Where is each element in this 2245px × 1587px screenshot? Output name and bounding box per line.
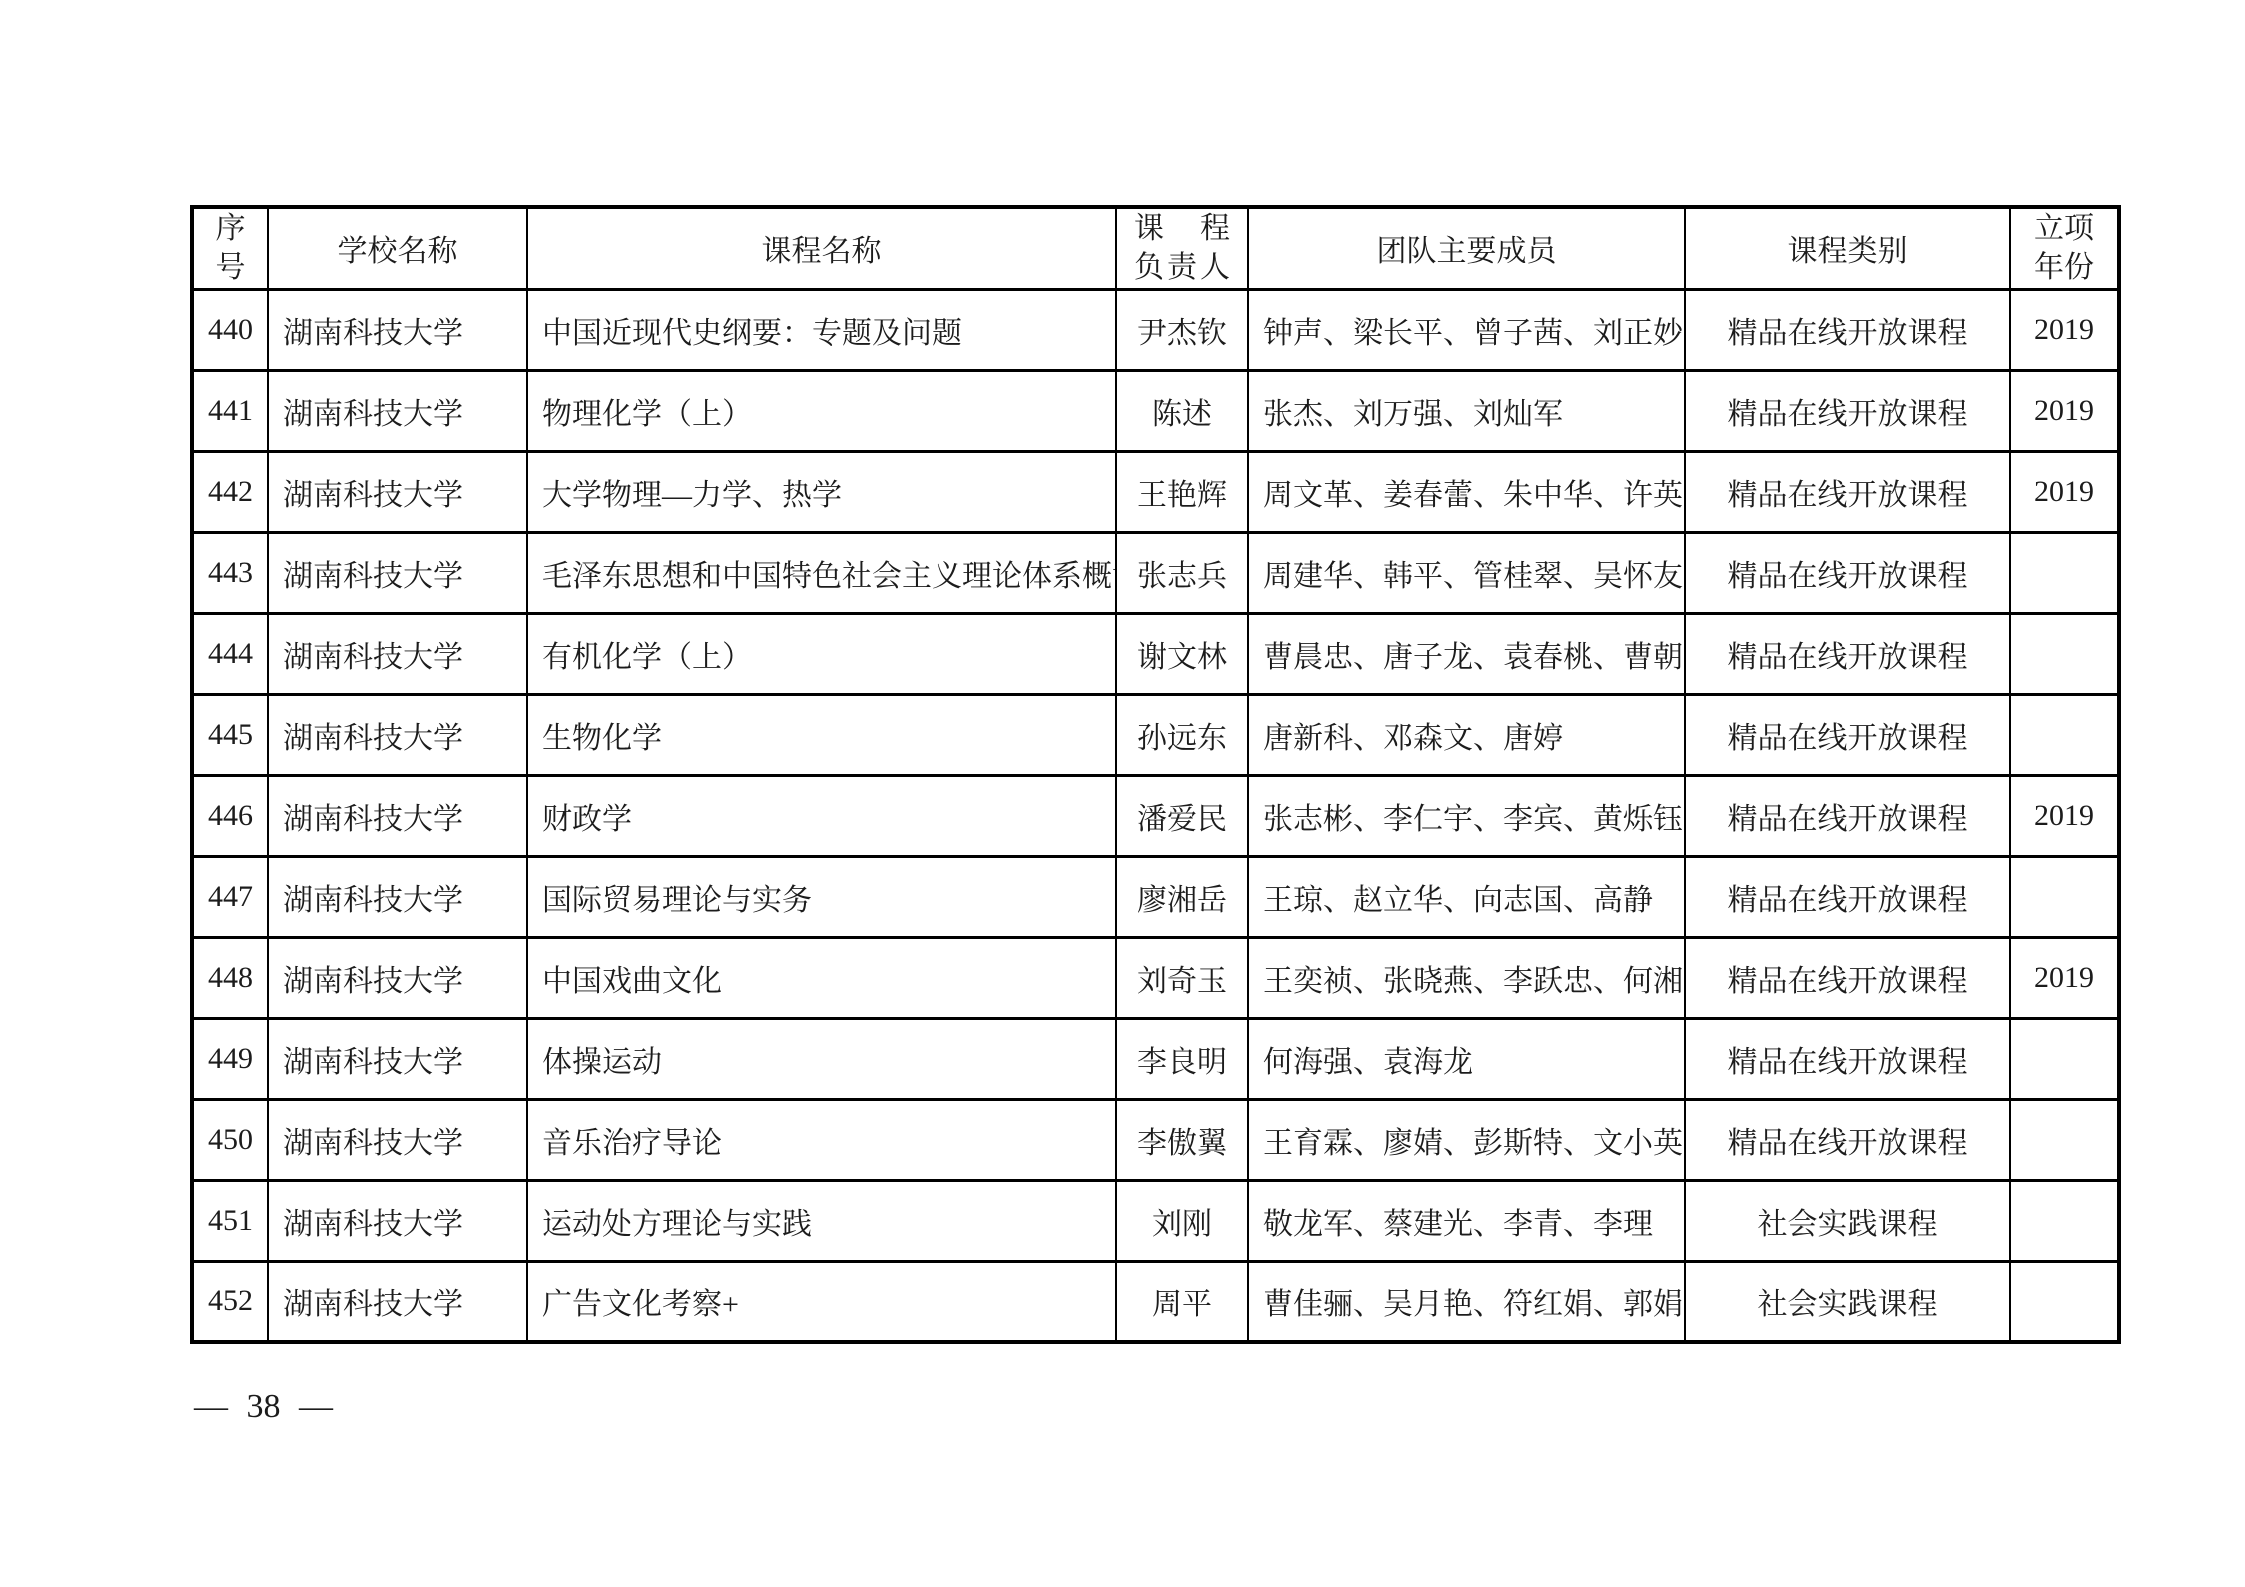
cell-leader: 王艳辉 <box>1116 451 1248 532</box>
table-row: 444湖南科技大学有机化学（上）谢文林曹晨忠、唐子龙、袁春桃、曹朝暾精品在线开放… <box>192 613 2119 694</box>
table-header: 序号学校名称课程名称课程负责人团队主要成员课程类别立项年份 <box>192 207 2119 289</box>
cell-category: 精品在线开放课程 <box>1685 1099 2010 1180</box>
cell-school: 湖南科技大学 <box>268 937 527 1018</box>
table-row: 450湖南科技大学音乐治疗导论李傲翼王育霖、廖婧、彭斯特、文小英精品在线开放课程 <box>192 1099 2119 1180</box>
cell-no: 444 <box>192 613 268 694</box>
cell-year: 2019 <box>2010 775 2119 856</box>
cell-leader: 孙远东 <box>1116 694 1248 775</box>
cell-category: 精品在线开放课程 <box>1685 937 2010 1018</box>
cell-no: 447 <box>192 856 268 937</box>
cell-year: 2019 <box>2010 289 2119 370</box>
cell-category: 精品在线开放课程 <box>1685 289 2010 370</box>
cell-leader: 周平 <box>1116 1261 1248 1342</box>
cell-school: 湖南科技大学 <box>268 1261 527 1342</box>
cell-year <box>2010 694 2119 775</box>
cell-category: 社会实践课程 <box>1685 1180 2010 1261</box>
cell-course: 中国戏曲文化 <box>527 937 1116 1018</box>
cell-team: 敬龙军、蔡建光、李青、李理 <box>1248 1180 1685 1261</box>
table-row: 441湖南科技大学物理化学（上）陈述张杰、刘万强、刘灿军精品在线开放课程2019 <box>192 370 2119 451</box>
cell-course: 运动处方理论与实践 <box>527 1180 1116 1261</box>
cell-school: 湖南科技大学 <box>268 1099 527 1180</box>
cell-no: 449 <box>192 1018 268 1099</box>
cell-leader: 谢文林 <box>1116 613 1248 694</box>
cell-school: 湖南科技大学 <box>268 289 527 370</box>
cell-leader: 刘刚 <box>1116 1180 1248 1261</box>
cell-team: 周建华、韩平、管桂翠、吴怀友 <box>1248 532 1685 613</box>
cell-no: 443 <box>192 532 268 613</box>
page-number: — 38 — <box>194 1388 333 1426</box>
cell-no: 450 <box>192 1099 268 1180</box>
table-row: 451湖南科技大学运动处方理论与实践刘刚敬龙军、蔡建光、李青、李理社会实践课程 <box>192 1180 2119 1261</box>
table-row: 452湖南科技大学广告文化考察+周平曹佳骊、吴月艳、符红娟、郭娟社会实践课程 <box>192 1261 2119 1342</box>
table-row: 442湖南科技大学大学物理—力学、热学王艳辉周文革、姜春蕾、朱中华、许英精品在线… <box>192 451 2119 532</box>
cell-course: 生物化学 <box>527 694 1116 775</box>
table-row: 448湖南科技大学中国戏曲文化刘奇玉王奕祯、张晓燕、李跃忠、何湘精品在线开放课程… <box>192 937 2119 1018</box>
table-row: 443湖南科技大学毛泽东思想和中国特色社会主义理论体系概论张志兵周建华、韩平、管… <box>192 532 2119 613</box>
header-cell-course: 课程名称 <box>527 207 1116 289</box>
cell-year: 2019 <box>2010 937 2119 1018</box>
table-row: 449湖南科技大学体操运动李良明何海强、袁海龙精品在线开放课程 <box>192 1018 2119 1099</box>
cell-course: 毛泽东思想和中国特色社会主义理论体系概论 <box>527 532 1116 613</box>
cell-team: 曹晨忠、唐子龙、袁春桃、曹朝暾 <box>1248 613 1685 694</box>
cell-category: 精品在线开放课程 <box>1685 370 2010 451</box>
cell-school: 湖南科技大学 <box>268 775 527 856</box>
cell-year <box>2010 1261 2119 1342</box>
cell-year <box>2010 613 2119 694</box>
cell-no: 441 <box>192 370 268 451</box>
cell-category: 精品在线开放课程 <box>1685 775 2010 856</box>
cell-leader: 刘奇玉 <box>1116 937 1248 1018</box>
cell-team: 张杰、刘万强、刘灿军 <box>1248 370 1685 451</box>
cell-team: 张志彬、李仁宇、李宾、黄烁钰 <box>1248 775 1685 856</box>
cell-year <box>2010 1180 2119 1261</box>
cell-team: 王琼、赵立华、向志国、高静 <box>1248 856 1685 937</box>
cell-year <box>2010 1018 2119 1099</box>
course-table: 序号学校名称课程名称课程负责人团队主要成员课程类别立项年份 440湖南科技大学中… <box>190 205 2121 1344</box>
cell-no: 446 <box>192 775 268 856</box>
cell-no: 442 <box>192 451 268 532</box>
cell-course: 财政学 <box>527 775 1116 856</box>
table-row: 447湖南科技大学国际贸易理论与实务廖湘岳王琼、赵立华、向志国、高静精品在线开放… <box>192 856 2119 937</box>
header-cell-school: 学校名称 <box>268 207 527 289</box>
document-page: 序号学校名称课程名称课程负责人团队主要成员课程类别立项年份 440湖南科技大学中… <box>0 0 2245 1587</box>
cell-no: 448 <box>192 937 268 1018</box>
cell-category: 精品在线开放课程 <box>1685 613 2010 694</box>
cell-team: 曹佳骊、吴月艳、符红娟、郭娟 <box>1248 1261 1685 1342</box>
cell-category: 精品在线开放课程 <box>1685 1018 2010 1099</box>
cell-leader: 廖湘岳 <box>1116 856 1248 937</box>
header-cell-category: 课程类别 <box>1685 207 2010 289</box>
header-cell-leader: 课程负责人 <box>1116 207 1248 289</box>
cell-category: 精品在线开放课程 <box>1685 694 2010 775</box>
header-cell-year: 立项年份 <box>2010 207 2119 289</box>
cell-school: 湖南科技大学 <box>268 1018 527 1099</box>
cell-year: 2019 <box>2010 370 2119 451</box>
cell-leader: 尹杰钦 <box>1116 289 1248 370</box>
header-cell-team: 团队主要成员 <box>1248 207 1685 289</box>
cell-team: 王奕祯、张晓燕、李跃忠、何湘 <box>1248 937 1685 1018</box>
cell-team: 唐新科、邓森文、唐婷 <box>1248 694 1685 775</box>
cell-team: 何海强、袁海龙 <box>1248 1018 1685 1099</box>
cell-leader: 李傲翼 <box>1116 1099 1248 1180</box>
cell-school: 湖南科技大学 <box>268 370 527 451</box>
cell-no: 451 <box>192 1180 268 1261</box>
table-row: 446湖南科技大学财政学潘爱民张志彬、李仁宇、李宾、黄烁钰精品在线开放课程201… <box>192 775 2119 856</box>
cell-leader: 陈述 <box>1116 370 1248 451</box>
cell-no: 440 <box>192 289 268 370</box>
cell-school: 湖南科技大学 <box>268 451 527 532</box>
cell-course: 大学物理—力学、热学 <box>527 451 1116 532</box>
cell-year: 2019 <box>2010 451 2119 532</box>
cell-year <box>2010 1099 2119 1180</box>
cell-team: 钟声、梁长平、曾子茜、刘正妙 <box>1248 289 1685 370</box>
cell-year <box>2010 856 2119 937</box>
cell-course: 物理化学（上） <box>527 370 1116 451</box>
cell-course: 中国近现代史纲要：专题及问题 <box>527 289 1116 370</box>
cell-school: 湖南科技大学 <box>268 856 527 937</box>
cell-team: 王育霖、廖婧、彭斯特、文小英 <box>1248 1099 1685 1180</box>
cell-course: 国际贸易理论与实务 <box>527 856 1116 937</box>
cell-category: 精品在线开放课程 <box>1685 532 2010 613</box>
table-row: 440湖南科技大学中国近现代史纲要：专题及问题尹杰钦钟声、梁长平、曾子茜、刘正妙… <box>192 289 2119 370</box>
cell-category: 社会实践课程 <box>1685 1261 2010 1342</box>
cell-category: 精品在线开放课程 <box>1685 856 2010 937</box>
cell-year <box>2010 532 2119 613</box>
table-row: 445湖南科技大学生物化学孙远东唐新科、邓森文、唐婷精品在线开放课程 <box>192 694 2119 775</box>
cell-leader: 张志兵 <box>1116 532 1248 613</box>
cell-team: 周文革、姜春蕾、朱中华、许英 <box>1248 451 1685 532</box>
cell-school: 湖南科技大学 <box>268 694 527 775</box>
cell-category: 精品在线开放课程 <box>1685 451 2010 532</box>
cell-school: 湖南科技大学 <box>268 532 527 613</box>
cell-no: 452 <box>192 1261 268 1342</box>
cell-leader: 李良明 <box>1116 1018 1248 1099</box>
cell-course: 广告文化考察+ <box>527 1261 1116 1342</box>
cell-school: 湖南科技大学 <box>268 613 527 694</box>
table-header-row: 序号学校名称课程名称课程负责人团队主要成员课程类别立项年份 <box>192 207 2119 289</box>
cell-school: 湖南科技大学 <box>268 1180 527 1261</box>
cell-no: 445 <box>192 694 268 775</box>
cell-course: 体操运动 <box>527 1018 1116 1099</box>
cell-course: 音乐治疗导论 <box>527 1099 1116 1180</box>
cell-leader: 潘爱民 <box>1116 775 1248 856</box>
cell-course: 有机化学（上） <box>527 613 1116 694</box>
header-cell-no: 序号 <box>192 207 268 289</box>
